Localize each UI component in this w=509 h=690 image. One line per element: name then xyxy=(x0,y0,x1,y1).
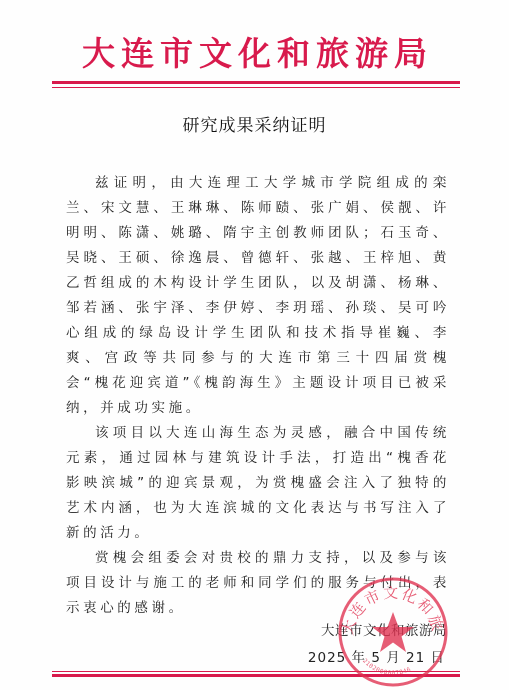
letterhead-rule-thick xyxy=(52,81,460,84)
paragraph-certification: 兹证明，由大连理工大学城市学院组成的栾兰、宋文慧、王琳琳、陈师赜、张广娟、侯靓、… xyxy=(66,171,450,421)
document-title: 研究成果采纳证明 xyxy=(0,114,509,138)
paragraph-project-description: 该项目以大连山海生态为灵感，融合中国传统元素，通过园林与建筑设计手法，打造出“槐… xyxy=(66,421,450,546)
document-body: 兹证明，由大连理工大学城市学院组成的栾兰、宋文慧、王琳琳、陈师赜、张广娟、侯靓、… xyxy=(66,171,450,621)
letterhead-rule-thin xyxy=(52,87,460,88)
svg-text:2102000007846: 2102000007846 xyxy=(361,657,412,677)
seal-serial: 2102000007846 xyxy=(361,657,412,677)
document-page: 大连市文化和旅游局 研究成果采纳证明 兹证明，由大连理工大学城市学院组成的栾兰、… xyxy=(0,0,509,690)
official-seal-icon: 大连市文化和旅游局 2102000007846 xyxy=(337,576,449,688)
star-icon xyxy=(372,612,414,652)
letterhead-org-name: 大连市文化和旅游局 xyxy=(0,34,509,74)
